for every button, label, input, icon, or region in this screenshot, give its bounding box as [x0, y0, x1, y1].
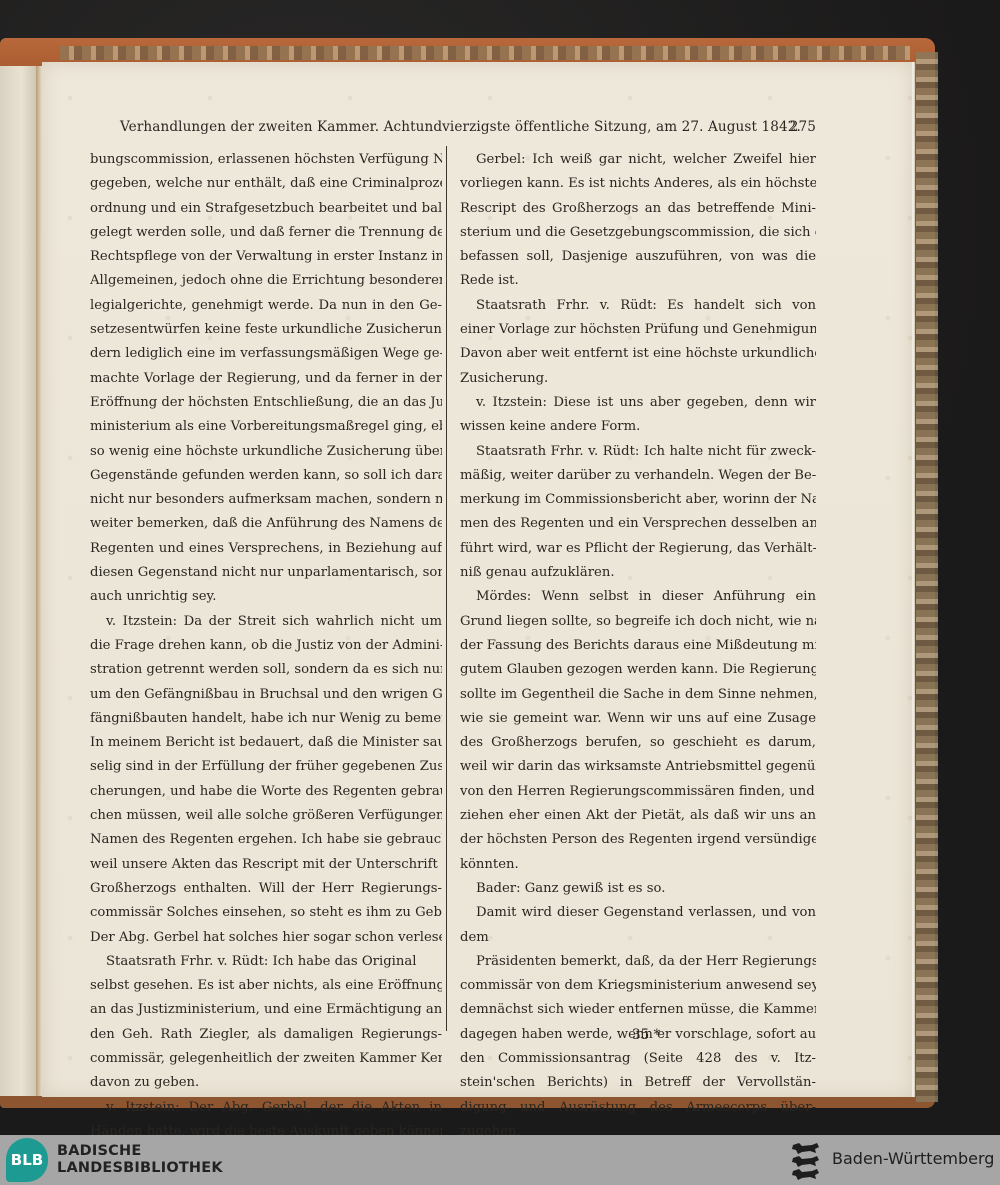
text-line: Staatsrath Frhr. v. Rüdt: Ich halte nich…	[460, 440, 816, 464]
text-line: demnächst sich wieder entfernen müsse, d…	[460, 998, 816, 1022]
text-line: men des Regenten und ein Versprechen des…	[460, 512, 816, 536]
text-line: legialgerichte, genehmigt werde. Da nun …	[90, 294, 442, 318]
text-line: selbst gesehen. Es ist aber nichts, als …	[90, 974, 442, 998]
text-column-left: bungscommission, erlassenen höchsten Ver…	[90, 148, 442, 1144]
text-line: Davon aber weit entfernt ist eine höchst…	[460, 342, 816, 366]
text-line: commissär von dem Kriegsministerium anwe…	[460, 974, 816, 998]
text-line: Regenten und eines Versprechens, in Bezi…	[90, 537, 442, 561]
text-line: auch unrichtig sey.	[90, 585, 442, 609]
text-line: ziehen eher einen Akt der Pietät, als da…	[460, 804, 816, 828]
text-line: gegeben, welche nur enthält, daß eine Cr…	[90, 172, 442, 196]
text-line: machte Vorlage der Regierung, und da fer…	[90, 367, 442, 391]
blb-logo-text[interactable]: BADISCHE LANDESBIBLIOTHEK	[57, 1143, 223, 1177]
text-line: diesen Gegenstand nicht nur unparlamenta…	[90, 561, 442, 585]
text-line: Präsidenten bemerkt, daß, da der Herr Re…	[460, 950, 816, 974]
text-line: v. Itzstein: Da der Streit sich wahrlich…	[90, 610, 442, 634]
text-line: fängnißbauten handelt, habe ich nur Weni…	[90, 707, 442, 731]
text-line: Namen des Regenten ergehen. Ich habe sie…	[90, 828, 442, 852]
text-line: Gegenstände gefunden werden kann, so sol…	[90, 464, 442, 488]
text-line: Allgemeinen, jedoch ohne die Errichtung …	[90, 269, 442, 293]
text-line: merkung im Commissionsbericht aber, wori…	[460, 488, 816, 512]
text-line: sterium und die Gesetzgebungscommission,…	[460, 221, 816, 245]
text-line: des Großherzogs berufen, so geschieht es…	[460, 731, 816, 755]
text-line: so wenig eine höchste urkundliche Zusich…	[90, 440, 442, 464]
text-line: ordnung und ein Strafgesetzbuch bearbeit…	[90, 197, 442, 221]
text-line: weiter bemerken, daß die Anführung des N…	[90, 512, 442, 536]
text-line: niß genau aufzuklären.	[460, 561, 816, 585]
cover-marbled-side	[916, 52, 938, 1102]
cover-marbled-edge	[60, 46, 910, 60]
baden-wuerttemberg-label[interactable]: Baden-Württemberg	[832, 1149, 994, 1168]
text-line: Der Abg. Gerbel hat solches hier sogar s…	[90, 926, 442, 950]
text-line: weil unsere Akten das Rescript mit der U…	[90, 853, 442, 877]
text-line: gelegt werden solle, und daß ferner die …	[90, 221, 442, 245]
text-line: Bader: Ganz gewiß ist es so.	[460, 877, 816, 901]
text-line: Gerbel: Ich weiß gar nicht, welcher Zwei…	[460, 148, 816, 172]
text-line: den Commissionsantrag (Seite 428 des v. …	[460, 1047, 816, 1071]
text-line: sollte im Gegentheil die Sache in dem Si…	[460, 683, 816, 707]
text-line: Zusicherung.	[460, 367, 816, 391]
column-divider	[446, 146, 447, 1031]
text-line: Großherzogs enthalten. Will der Herr Reg…	[90, 877, 442, 901]
text-line: an das Justizministerium, und eine Ermäc…	[90, 998, 442, 1022]
text-line: der Fassung des Berichts daraus eine Miß…	[460, 634, 816, 658]
text-line: setzesentwürfen keine feste urkundliche …	[90, 318, 442, 342]
text-line: commissär Solches einsehen, so steht es …	[90, 901, 442, 925]
blb-line-1: BADISCHE	[57, 1143, 223, 1160]
running-head: Verhandlungen der zweiten Kammer. Achtun…	[120, 119, 800, 139]
text-line: Rescript des Großherzogs an das betreffe…	[460, 197, 816, 221]
text-line: befassen soll, Dasjenige auszuführen, vo…	[460, 245, 816, 269]
blb-line-2: LANDESBIBLIOTHEK	[57, 1160, 223, 1177]
text-line: vorliegen kann. Es ist nichts Anderes, a…	[460, 172, 816, 196]
text-line: einer Vorlage zur höchsten Prüfung und G…	[460, 318, 816, 342]
text-line: dern lediglich eine im verfassungsmäßige…	[90, 342, 442, 366]
text-line: wie sie gemeint war. Wenn wir uns auf ei…	[460, 707, 816, 731]
text-line: stein'schen Berichts) in Betreff der Ver…	[460, 1071, 816, 1095]
text-line: der höchsten Person des Regenten irgend …	[460, 828, 816, 852]
blb-logo-badge[interactable]: BLB	[6, 1138, 48, 1182]
text-line: führt wird, war es Pflicht der Regierung…	[460, 537, 816, 561]
text-line: chen müssen, weil alle solche größeren V…	[90, 804, 442, 828]
text-line: commissär, gelegenheitlich der zweiten K…	[90, 1047, 442, 1071]
text-line: wissen keine andere Form.	[460, 415, 816, 439]
text-line: von den Herren Regierungscommissären fin…	[460, 780, 816, 804]
text-line: ministerium als eine Vorbereitungsmaßreg…	[90, 415, 442, 439]
text-line: den Geh. Rath Ziegler, als damaligen Reg…	[90, 1023, 442, 1047]
text-line: Eröffnung der höchsten Entschließung, di…	[90, 391, 442, 415]
text-line: stration getrennt werden soll, sondern d…	[90, 658, 442, 682]
text-line: digung und Ausrüstung des Armeecorps übe…	[460, 1096, 816, 1120]
text-line: könnten.	[460, 853, 816, 877]
signature-mark: 35 *	[632, 1027, 660, 1043]
text-line: Mördes: Wenn selbst in dieser Anführung …	[460, 585, 816, 609]
scan-viewer: Verhandlungen der zweiten Kammer. Achtun…	[0, 0, 1000, 1135]
text-line: v. Itzstein: Diese ist uns aber gegeben,…	[460, 391, 816, 415]
text-line: cherungen, und habe die Worte des Regent…	[90, 780, 442, 804]
text-line: v. Itzstein: Der Abg. Gerbel, der die Ak…	[90, 1096, 442, 1120]
text-line: Staatsrath Frhr. v. Rüdt: Es handelt sic…	[460, 294, 816, 318]
text-line: gutem Glauben gezogen werden kann. Die R…	[460, 658, 816, 682]
text-line: bungscommission, erlassenen höchsten Ver…	[90, 148, 442, 172]
text-line: nicht nur besonders aufmerksam machen, s…	[90, 488, 442, 512]
text-line: weil wir darin das wirksamste Antriebsmi…	[460, 755, 816, 779]
page-number: 275	[790, 119, 816, 135]
footer-bar: BLB BADISCHE LANDESBIBLIOTHEK Baden-Würt…	[0, 1135, 1000, 1185]
text-line: In meinem Bericht ist bedauert, daß die …	[90, 731, 442, 755]
baden-wuerttemberg-lions-icon	[790, 1141, 822, 1181]
facing-page-edge	[0, 66, 38, 1096]
text-line: mäßig, weiter darüber zu verhandeln. Weg…	[460, 464, 816, 488]
text-line: Staatsrath Frhr. v. Rüdt: Ich habe das O…	[90, 950, 442, 974]
text-line: Rede ist.	[460, 269, 816, 293]
text-line: davon zu geben.	[90, 1071, 442, 1095]
text-column-right: Gerbel: Ich weiß gar nicht, welcher Zwei…	[460, 148, 816, 1144]
text-line: Grund liegen sollte, so begreife ich doc…	[460, 610, 816, 634]
text-line: Rechtspflege von der Verwaltung in erste…	[90, 245, 442, 269]
text-line: dem	[460, 926, 816, 950]
text-line: um den Gefängnißbau in Bruchsal und den …	[90, 683, 442, 707]
text-line: Damit wird dieser Gegenstand verlassen, …	[460, 901, 816, 925]
text-line: die Frage drehen kann, ob die Justiz von…	[90, 634, 442, 658]
text-line: selig sind in der Erfüllung der früher g…	[90, 755, 442, 779]
running-head-title: Verhandlungen der zweiten Kammer. Achtun…	[120, 119, 801, 135]
